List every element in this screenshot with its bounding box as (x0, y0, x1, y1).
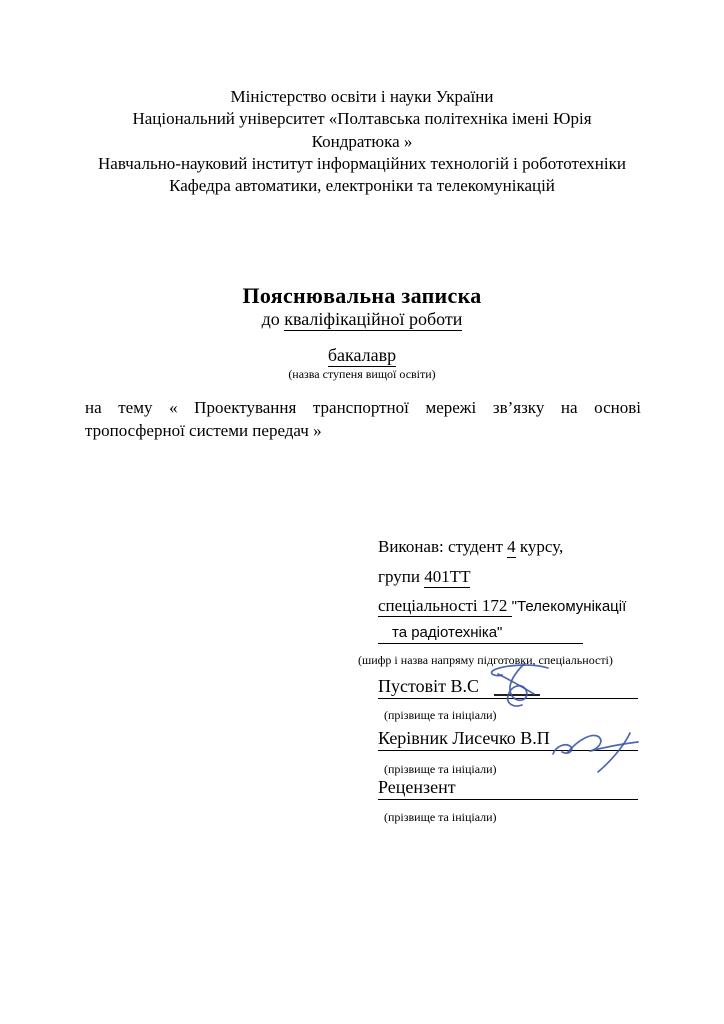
executed-line: Виконав: студент 4 курсу, (378, 537, 563, 557)
specialty-caption: (шифр і назва напряму підготовки, спеціа… (358, 653, 613, 668)
reviewer-line: Рецензент (378, 777, 638, 800)
executed-prefix: Виконав: студент (378, 537, 507, 556)
specialty-value-line1: "Телекомунікації (512, 598, 627, 615)
doc-title: Пояснювальна записка (84, 283, 640, 309)
doc-subtitle: до кваліфікаційної роботи (84, 309, 640, 330)
name-caption-student: (прізвище та ініціали) (384, 708, 497, 723)
supervisor-line: Керівник Лисечко В.П (378, 728, 638, 751)
name-caption-supervisor: (прізвище та ініціали) (384, 762, 497, 777)
reviewer-label: Рецензент (378, 777, 456, 797)
course-number: 4 (507, 537, 516, 558)
topic-line-2: тропосферної системи передач » (85, 421, 641, 441)
degree-caption: (назва ступеня вищої освіти) (84, 367, 640, 382)
doc-subtitle-underlined: кваліфікаційної роботи (284, 309, 462, 331)
header-line-department: Кафедра автоматики, електроніки та телек… (84, 175, 640, 197)
group-line: групи 401ТТ (378, 567, 470, 587)
student-name: Пустовіт В.С (378, 676, 479, 696)
doc-subtitle-prefix: до (262, 309, 285, 329)
signature-underline-mark (494, 694, 540, 696)
document-page: Міністерство освіти і науки України Наці… (0, 0, 724, 1024)
header-line-institute: Навчально-науковий інститут інформаційни… (84, 153, 640, 175)
supervisor-name: Керівник Лисечко В.П (378, 728, 550, 748)
specialty-value-line2: та радіотехніка" (378, 624, 583, 644)
specialty-prefix: спеціальності 172 (378, 596, 512, 617)
group-prefix: групи (378, 567, 424, 586)
header-line-university-cont: Кондратюка » (84, 131, 640, 153)
executed-suffix: курсу, (516, 537, 564, 556)
degree-name: бакалавр (328, 345, 396, 367)
header-line-ministry: Міністерство освіти і науки України (84, 86, 640, 108)
specialty-line: спеціальності 172 "Телекомунікації (378, 596, 626, 616)
topic-line-1: на тему « Проектування транспортної мере… (85, 398, 641, 418)
degree-line: бакалавр (84, 345, 640, 366)
specialty-value-line2-text: та радіотехніка" (392, 624, 502, 641)
group-number: 401ТТ (424, 567, 470, 588)
name-caption-reviewer: (прізвище та ініціали) (384, 810, 497, 825)
header-line-university: Національний університет «Полтавська пол… (84, 108, 640, 130)
